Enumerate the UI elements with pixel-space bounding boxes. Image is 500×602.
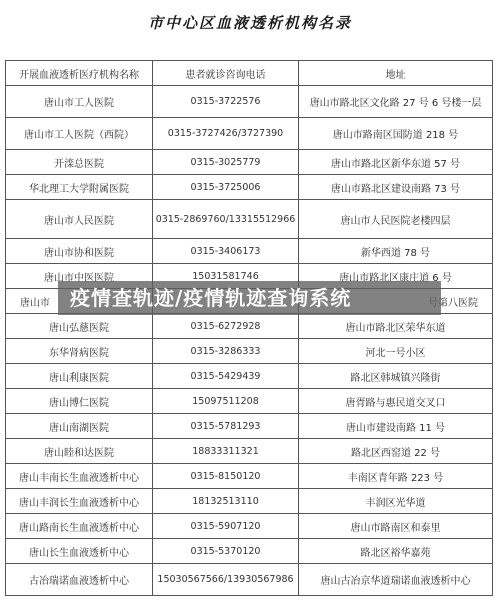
institution-name: 唐山市工人医院（西院） — [6, 118, 153, 150]
address: 路北区裕华嘉苑 — [299, 539, 493, 564]
address: 唐山市路南区国防道 218 号 — [299, 118, 493, 150]
institution-name: 唐山利康医院 — [6, 364, 153, 389]
table-row: 东华肾病医院 0315-3286333 河北一号小区 — [6, 339, 493, 364]
institution-name: 东华肾病医院 — [6, 339, 153, 364]
phone-number: 18132513110 — [153, 489, 299, 514]
phone-number: 0315-3725006 — [153, 175, 299, 200]
phone-number: 18833311321 — [153, 439, 299, 464]
institution-name: 唐山路南长生血液透析中心 — [6, 514, 153, 539]
table-row: 唐山市人民医院 0315-2869760/13315512966 唐山市人民医院… — [6, 200, 493, 239]
phone-number: 0315-5370120 — [153, 539, 299, 564]
phone-number: 0315-5907120 — [153, 514, 299, 539]
institution-name: 开滦总医院 — [6, 150, 153, 175]
institution-name: 唐山南湖医院 — [6, 414, 153, 439]
phone-number: 0315-5781293 — [153, 414, 299, 439]
phone-number: 0315-5429439 — [153, 364, 299, 389]
phone-number: 0315-3722576 — [153, 86, 299, 118]
address: 唐山市路北区文化路 27 号 6 号楼一层 — [299, 86, 493, 118]
address: 路北区西窑道 22 号 — [299, 439, 493, 464]
institution-name: 唐山丰润长生血液透析中心 — [6, 489, 153, 514]
institution-name: 唐山丰南长生血液透析中心 — [6, 464, 153, 489]
address: 河北一号小区 — [299, 339, 493, 364]
phone-number: 0315-6272928 — [153, 314, 299, 339]
phone-number: 15030567566/13930567986 — [153, 564, 299, 596]
address: 唐胥路与惠民道交叉口 — [299, 389, 493, 414]
table-row: 唐山利康医院 0315-5429439 路北区韩城镇兴隆街 — [6, 364, 493, 389]
phone-number: 0315-3406173 — [153, 239, 299, 264]
table-row: 唐山丰南长生血液透析中心 0315-8150120 丰南区青年路 223 号 — [6, 464, 493, 489]
table-row: 唐山丰润长生血液透析中心 18132513110 丰润区光华道 — [6, 489, 493, 514]
address: 丰南区青年路 223 号 — [299, 464, 493, 489]
institution-name: 唐山市人民医院 — [6, 200, 153, 239]
institution-name: 唐山博仁医院 — [6, 389, 153, 414]
address: 唐山市路北区荣华东道 — [299, 314, 493, 339]
table-row: 古冶瑞诺血液透析中心 15030567566/13930567986 唐山古冶京… — [6, 564, 493, 596]
header-address: 地址 — [299, 61, 493, 86]
address: 唐山市路北区建设南路 73 号 — [299, 175, 493, 200]
table-row: 唐山市工人医院 0315-3722576 唐山市路北区文化路 27 号 6 号楼… — [6, 86, 493, 118]
table-row: 唐山市协和医院 0315-3406173 新华西道 78 号 — [6, 239, 493, 264]
table-row: 唐山长生血液透析中心 0315-5370120 路北区裕华嘉苑 — [6, 539, 493, 564]
address: 唐山古冶京华道瑞诺血液透析中心 — [299, 564, 493, 596]
table-row: 唐山睦和达医院 18833311321 路北区西窑道 22 号 — [6, 439, 493, 464]
address: 唐山市路南区和泰里 — [299, 514, 493, 539]
phone-number: 0315-3025779 — [153, 150, 299, 175]
address: 路北区韩城镇兴隆街 — [299, 364, 493, 389]
table-row: 开滦总医院 0315-3025779 唐山市路北区新华东道 57 号 — [6, 150, 493, 175]
table-row: 唐山南湖医院 0315-5781293 唐山市建设南路 11 号 — [6, 414, 493, 439]
address: 唐山市人民医院老楼四层 — [299, 200, 493, 239]
table-row: 华北理工大学附属医院 0315-3725006 唐山市路北区建设南路 73 号 — [6, 175, 493, 200]
phone-number: 15097511208 — [153, 389, 299, 414]
address: 唐山市路北区新华东道 57 号 — [299, 150, 493, 175]
phone-number: 0315-3727426/3727390 — [153, 118, 299, 150]
table-row: 唐山弘慈医院 0315-6272928 唐山市路北区荣华东道 — [6, 314, 493, 339]
institution-name: 唐山睦和达医院 — [6, 439, 153, 464]
institution-name: 唐山市工人医院 — [6, 86, 153, 118]
phone-number: 0315-2869760/13315512966 — [153, 200, 299, 239]
watermark-banner: 疫情查轨迹/疫情轨迹查询系统 — [58, 281, 441, 315]
phone-number: 0315-3286333 — [153, 339, 299, 364]
address: 丰润区光华道 — [299, 489, 493, 514]
institution-name: 古冶瑞诺血液透析中心 — [6, 564, 153, 596]
document-title: 市中心区血液透析机构名录 — [0, 12, 500, 33]
institution-name: 华北理工大学附属医院 — [6, 175, 153, 200]
table-row: 唐山路南长生血液透析中心 0315-5907120 唐山市路南区和泰里 — [6, 514, 493, 539]
phone-number: 0315-8150120 — [153, 464, 299, 489]
institution-name: 唐山市协和医院 — [6, 239, 153, 264]
institution-name: 唐山弘慈医院 — [6, 314, 153, 339]
table-header-row: 开展血液透析医疗机构名称 患者就诊咨询电话 地址 — [6, 61, 493, 86]
address: 新华西道 78 号 — [299, 239, 493, 264]
dialysis-directory-table: 开展血液透析医疗机构名称 患者就诊咨询电话 地址 唐山市工人医院 0315-37… — [5, 60, 493, 596]
header-institution-name: 开展血液透析医疗机构名称 — [6, 61, 153, 86]
table-row: 唐山博仁医院 15097511208 唐胥路与惠民道交叉口 — [6, 389, 493, 414]
address: 唐山市建设南路 11 号 — [299, 414, 493, 439]
header-phone: 患者就诊咨询电话 — [153, 61, 299, 86]
institution-name: 唐山长生血液透析中心 — [6, 539, 153, 564]
table-row: 唐山市工人医院（西院） 0315-3727426/3727390 唐山市路南区国… — [6, 118, 493, 150]
